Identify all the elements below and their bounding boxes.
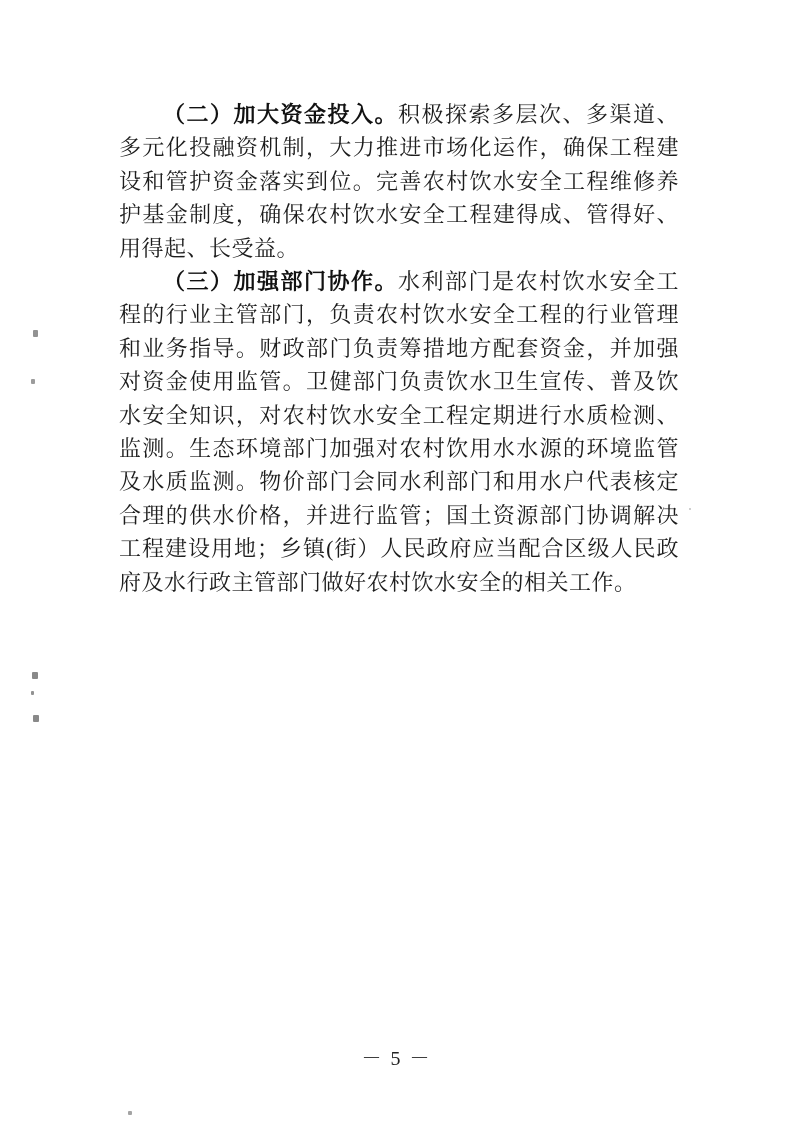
document-page: （二）加大资金投入。积极探索多层次、多渠道、多元化投融资机制，大力推进市场化运作… xyxy=(0,0,793,1123)
scan-speck xyxy=(128,1111,132,1115)
scan-speck xyxy=(31,691,34,695)
document-text-block: （二）加大资金投入。积极探索多层次、多渠道、多元化投融资机制，大力推进市场化运作… xyxy=(119,98,679,599)
scan-speck xyxy=(33,330,38,337)
scan-speck xyxy=(32,672,38,679)
paragraph-3-heading: （三）加强部门协作。 xyxy=(163,269,398,294)
page-number: － 5 － xyxy=(0,1042,793,1071)
paragraph-2: （二）加大资金投入。积极探索多层次、多渠道、多元化投融资机制，大力推进市场化运作… xyxy=(119,98,679,265)
paragraph-3: （三）加强部门协作。水利部门是农村饮水安全工程的行业主管部门，负责农村饮水安全工… xyxy=(119,265,679,599)
paragraph-2-heading: （二）加大资金投入。 xyxy=(163,102,398,127)
scan-speck xyxy=(689,508,691,510)
scan-speck xyxy=(33,715,39,722)
paragraph-3-body: 水利部门是农村饮水安全工程的行业主管部门，负责农村饮水安全工程的行业管理和业务指… xyxy=(119,269,679,595)
scan-speck xyxy=(31,379,35,384)
